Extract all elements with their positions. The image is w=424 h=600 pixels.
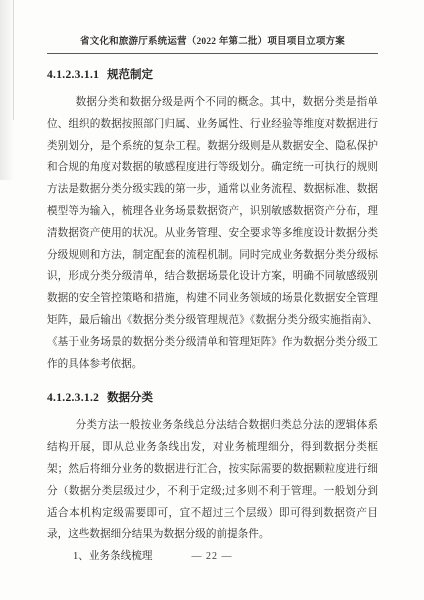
page-number: — 22 — — [0, 551, 424, 562]
section-number-2: 4.1.2.3.1.2 — [47, 392, 99, 404]
document-page: 省文化和旅游厅系统运营（2022 年第二批）项目项目立项方案 4.1.2.3.1… — [0, 0, 424, 600]
page-content: 省文化和旅游厅系统运营（2022 年第二批）项目项目立项方案 4.1.2.3.1… — [47, 36, 378, 568]
section-title-1: 规范制定 — [107, 69, 153, 81]
header-title: 省文化和旅游厅系统运营（2022 年第二批）项目项目立项方案 — [47, 36, 378, 49]
section-heading-1: 4.1.2.3.1.1 规范制定 — [47, 68, 378, 83]
section-title-2: 数据分类 — [107, 392, 153, 404]
section-heading-2: 4.1.2.3.1.2 数据分类 — [47, 391, 378, 406]
header-rule — [47, 53, 378, 54]
section-1-paragraph: 数据分类和数据分级是两个不同的概念。其中，数据分类是指单位、组织的数据按照部门归… — [47, 92, 378, 375]
page-header: 省文化和旅游厅系统运营（2022 年第二批）项目项目立项方案 — [47, 36, 378, 54]
section-number-1: 4.1.2.3.1.1 — [47, 69, 99, 81]
section-2-paragraph: 分类方法一般按业务条线总分法结合数据归类总分法的逻辑体系结构开展，即从总业务条线… — [47, 415, 378, 546]
scan-edge-shadow — [0, 0, 14, 180]
scan-edge-line — [13, 0, 14, 120]
